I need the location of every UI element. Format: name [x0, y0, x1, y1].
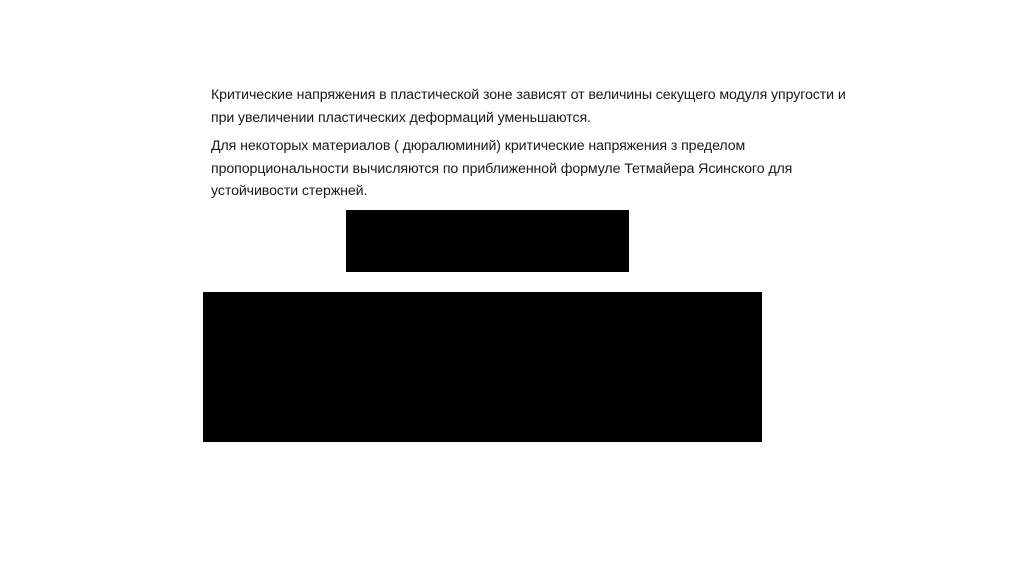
- formula-image: [346, 210, 629, 272]
- slide: Критические напряжения в пластической зо…: [0, 0, 1024, 576]
- figure-image: [203, 292, 762, 442]
- text-block: Критические напряжения в пластической зо…: [211, 84, 851, 203]
- paragraph-secant-modulus: Критические напряжения в пластической зо…: [211, 84, 851, 129]
- paragraph-tetmajer-formula: Для некоторых материалов ( дюралюминий) …: [211, 135, 851, 203]
